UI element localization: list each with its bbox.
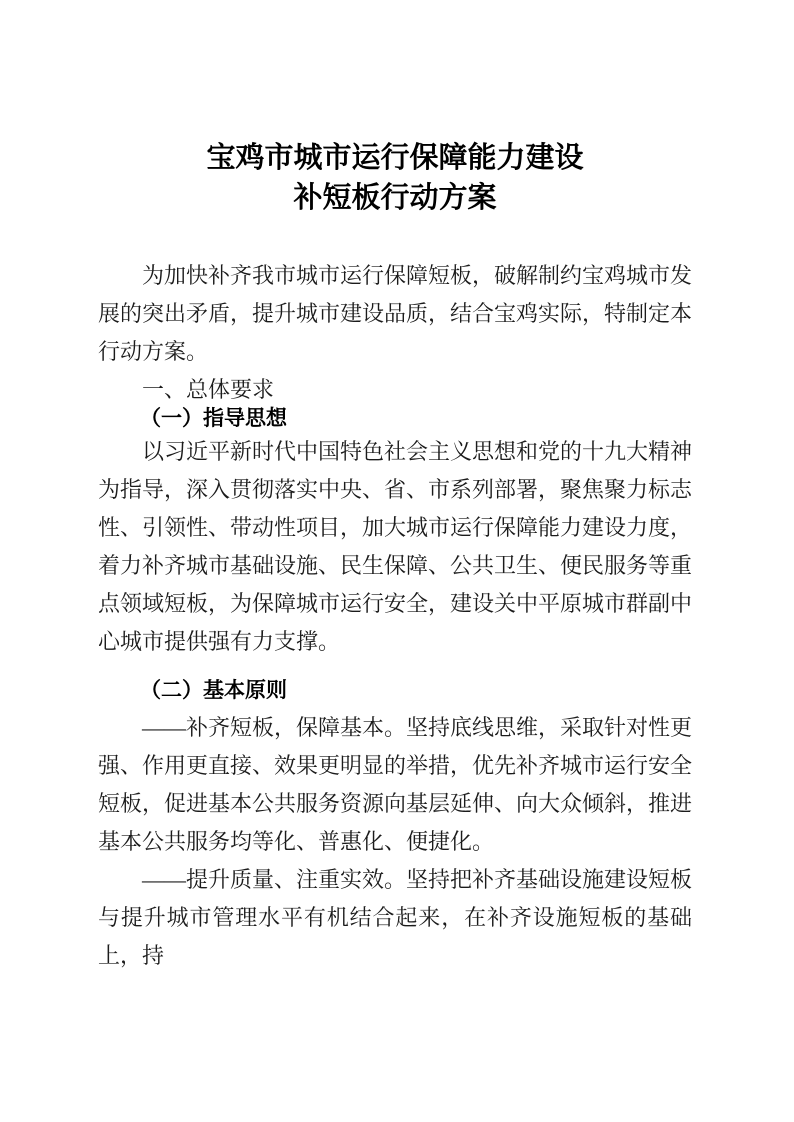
- paragraph-guiding-ideology: 以习近平新时代中国特色社会主义思想和党的十九大精神为指导，深入贯彻落实中央、省、…: [98, 433, 692, 661]
- paragraph-principle-fill-shortboards: ——补齐短板，保障基本。坚持底线思维，采取针对性更强、作用更直接、效果更明显的举…: [98, 709, 692, 861]
- section-heading-overall-requirements: 一、总体要求: [98, 375, 692, 404]
- document-title-line-2: 补短板行动方案: [98, 178, 692, 218]
- document-title-line-1: 宝鸡市城市运行保障能力建设: [98, 138, 692, 178]
- document-title: 宝鸡市城市运行保障能力建设 补短板行动方案: [98, 138, 692, 218]
- paragraph-principle-improve-quality: ——提升质量、注重实效。坚持把补齐基础设施建设短板与提升城市管理水平有机结合起来…: [98, 861, 692, 975]
- document-page: 宝鸡市城市运行保障能力建设 补短板行动方案 为加快补齐我市城市运行保障短板，破解…: [0, 0, 794, 1122]
- intro-paragraph: 为加快补齐我市城市运行保障短板，破解制约宝鸡城市发展的突出矛盾，提升城市建设品质…: [98, 257, 692, 371]
- subsection-heading-guiding-ideology: （一）指导思想: [98, 404, 692, 433]
- subsection-heading-basic-principles: （二）基本原则: [98, 676, 692, 706]
